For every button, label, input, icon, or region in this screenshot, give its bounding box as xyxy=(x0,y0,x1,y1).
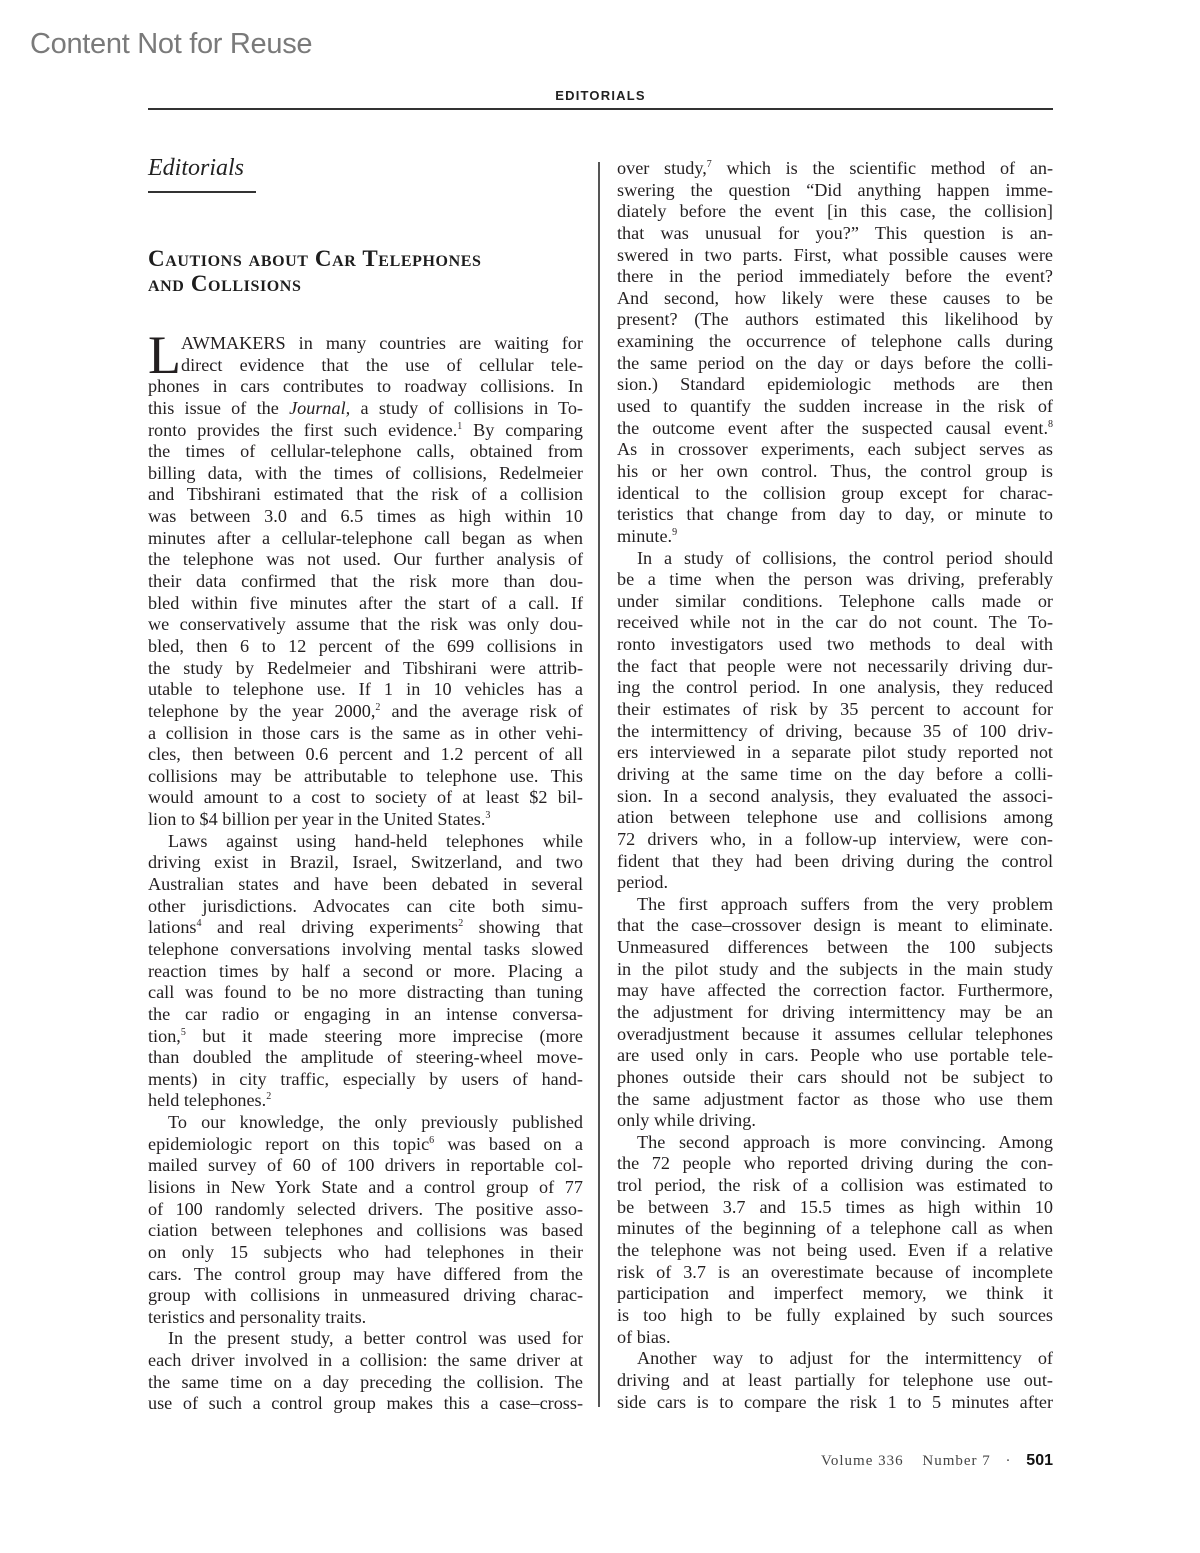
text-line: the times of cellular-telephone calls, o… xyxy=(148,441,583,463)
text-line: minute.9 xyxy=(617,526,1053,548)
text-line: mailed survey of 60 of 100 drivers in re… xyxy=(148,1155,583,1177)
text-line: diately before the event [in this case, … xyxy=(617,201,1053,223)
text-line: reaction times by half a second or more.… xyxy=(148,961,583,983)
text-line: ers interviewed in a separate pilot stud… xyxy=(617,742,1053,764)
text-line: in the pilot study and the subjects in t… xyxy=(617,959,1053,981)
text-line: the study by Redelmeier and Tibshirani w… xyxy=(148,658,583,680)
text-line: In a study of collisions, the control pe… xyxy=(617,548,1053,570)
text-line: the intermittency of driving, because 35… xyxy=(617,721,1053,743)
text-line: that the case–crossover design is meant … xyxy=(617,915,1053,937)
column-divider xyxy=(598,162,600,1407)
paragraph: over study,7 which is the scientific met… xyxy=(617,158,1053,548)
running-head: EDITORIALS xyxy=(148,88,1053,103)
text-line: of bias. xyxy=(617,1327,1053,1349)
text-line: this issue of the Journal, a study of co… xyxy=(148,398,583,420)
text-line: under similar conditions. Telephone call… xyxy=(617,591,1053,613)
text-line: would amount to a cost to society of at … xyxy=(148,787,583,809)
text-line: the telephone was not used. Our further … xyxy=(148,549,583,571)
text-line: sion. In a second analysis, they evaluat… xyxy=(617,786,1053,808)
text-line: participation and imperfect memory, we t… xyxy=(617,1283,1053,1305)
article-title: Cautions about Car Telephones and Collis… xyxy=(148,246,588,296)
text-line: telephone by the year 2000,2 and the ave… xyxy=(148,701,583,723)
text-line: To our knowledge, the only previously pu… xyxy=(148,1112,583,1134)
text-line: only while driving. xyxy=(617,1110,1053,1132)
text-line: the fact that people were not necessaril… xyxy=(617,656,1053,678)
text-line: Australian states and have been debated … xyxy=(148,874,583,896)
text-line: minutes of the beginning of a telephone … xyxy=(617,1218,1053,1240)
text-line: swered in two parts. First, what possibl… xyxy=(617,245,1053,267)
text-line: phones in cars contributes to roadway co… xyxy=(148,376,583,398)
header-rule xyxy=(148,108,1053,110)
text-line: driving and at least partially for telep… xyxy=(617,1370,1053,1392)
paragraph: Laws against using hand-held telephones … xyxy=(148,831,583,1112)
footer-separator: · xyxy=(1006,1453,1012,1469)
text-line: driving exist in Brazil, Israel, Switzer… xyxy=(148,852,583,874)
text-line: ronto provides the first such evidence.1… xyxy=(148,420,583,442)
text-line: The second approach is more convincing. … xyxy=(617,1132,1053,1154)
text-line: are used only in cars. People who use po… xyxy=(617,1045,1053,1067)
text-line: sion.) Standard epidemiologic methods ar… xyxy=(617,374,1053,396)
text-line: ronto investigators used two methods to … xyxy=(617,634,1053,656)
text-line: ciation between telephones and collision… xyxy=(148,1220,583,1242)
article-title-line-2: and Collisions xyxy=(148,271,588,296)
text-line: each driver involved in a collision: the… xyxy=(148,1350,583,1372)
text-line: Unmeasured differences between the 100 s… xyxy=(617,937,1053,959)
text-line: lisions in New York State and a control … xyxy=(148,1177,583,1199)
text-line: lion to $4 billion per year in the Unite… xyxy=(148,809,583,831)
text-line: And second, how likely were these causes… xyxy=(617,288,1053,310)
text-line: 72 drivers who, in a follow-up interview… xyxy=(617,829,1053,851)
text-line: direct evidence that the use of cellular… xyxy=(148,355,583,377)
page-number: 501 xyxy=(1026,1452,1053,1469)
text-line: phones outside their cars should not be … xyxy=(617,1067,1053,1089)
text-line: period. xyxy=(617,872,1053,894)
text-line: of 100 randomly selected drivers. The po… xyxy=(148,1199,583,1221)
text-line: identical to the collision group except … xyxy=(617,483,1053,505)
text-line: the same period on the day or days befor… xyxy=(617,353,1053,375)
paragraph: L AWMAKERS in many countries are waiting… xyxy=(148,333,583,831)
text-line: may have affected the correction factor.… xyxy=(617,980,1053,1002)
text-line: is too high to be fully explained by suc… xyxy=(617,1305,1053,1327)
text-line: The first approach suffers from the very… xyxy=(617,894,1053,916)
text-line: cles, then between 0.6 percent and 1.2 p… xyxy=(148,744,583,766)
paragraph: In the present study, a better control w… xyxy=(148,1328,583,1415)
text-line: other jurisdictions. Advocates can cite … xyxy=(148,896,583,918)
text-line: Another way to adjust for the intermitte… xyxy=(617,1348,1053,1370)
text-line: teristics and personality traits. xyxy=(148,1307,583,1329)
text-line: ments) in city traffic, especially by us… xyxy=(148,1069,583,1091)
text-line: collisions may be attributable to teleph… xyxy=(148,766,583,788)
watermark: Content Not for Reuse xyxy=(30,28,312,61)
text-line: cars. The control group may have differe… xyxy=(148,1264,583,1286)
text-line: tion,5 but it made steering more impreci… xyxy=(148,1026,583,1048)
text-line: bled, then 6 to 12 percent of the 699 co… xyxy=(148,636,583,658)
text-line: was between 3.0 and 6.5 times as high wi… xyxy=(148,506,583,528)
text-line: swering the question “Did anything happe… xyxy=(617,180,1053,202)
text-line: group with collisions in unmeasured driv… xyxy=(148,1285,583,1307)
text-line: fident that they had been driving during… xyxy=(617,851,1053,873)
text-line: billing data, with the times of collisio… xyxy=(148,463,583,485)
text-line: As in crossover experiments, each subjec… xyxy=(617,439,1053,461)
text-line: overadjustment because it assumes cellul… xyxy=(617,1024,1053,1046)
article-title-line-1: Cautions about Car Telephones xyxy=(148,246,588,271)
text-line: held telephones.2 xyxy=(148,1090,583,1112)
text-line: their estimates of risk by 35 percent to… xyxy=(617,699,1053,721)
paragraph: Another way to adjust for the intermitte… xyxy=(617,1348,1053,1413)
text-line: a collision in those cars is the same as… xyxy=(148,723,583,745)
text-line: be between 3.7 and 15.5 times as high wi… xyxy=(617,1197,1053,1219)
text-line: the outcome event after the suspected ca… xyxy=(617,418,1053,440)
text-line: the 72 people who reported driving durin… xyxy=(617,1153,1053,1175)
text-line: trol period, the risk of a collision was… xyxy=(617,1175,1053,1197)
text-line: the same adjustment factor as those who … xyxy=(617,1089,1053,1111)
text-line: use of such a control group makes this a… xyxy=(148,1393,583,1415)
text-line: the car radio or engaging in an intense … xyxy=(148,1004,583,1026)
text-line: used to quantify the sudden increase in … xyxy=(617,396,1053,418)
text-line: and Tibshirani estimated that the risk o… xyxy=(148,484,583,506)
paragraph: The first approach suffers from the very… xyxy=(617,894,1053,1132)
text-line: than doubled the amplitude of steering-w… xyxy=(148,1047,583,1069)
text-line: over study,7 which is the scientific met… xyxy=(617,158,1053,180)
text-line: we conservatively assume that the risk w… xyxy=(148,614,583,636)
right-column: over study,7 which is the scientific met… xyxy=(617,158,1053,1413)
text-line: received while not in the car do not cou… xyxy=(617,612,1053,634)
paragraph: The second approach is more convincing. … xyxy=(617,1132,1053,1348)
section-rule xyxy=(148,191,256,193)
section-label: Editorials xyxy=(148,155,244,182)
text-line: that was unusual for you?” This question… xyxy=(617,223,1053,245)
text-line: the same time on a day preceding the col… xyxy=(148,1372,583,1394)
text-line: be a time when the person was driving, p… xyxy=(617,569,1053,591)
text-line: side cars is to compare the risk 1 to 5 … xyxy=(617,1392,1053,1414)
text-line: call was found to be no more distracting… xyxy=(148,982,583,1004)
paragraph: In a study of collisions, the control pe… xyxy=(617,548,1053,894)
text-line: the adjustment for driving intermittency… xyxy=(617,1002,1053,1024)
text-line: teristics that change from day to day, o… xyxy=(617,504,1053,526)
text-line: AWMAKERS in many countries are waiting f… xyxy=(148,333,583,355)
text-line: on only 15 subjects who had telephones i… xyxy=(148,1242,583,1264)
text-line: utable to telephone use. If 1 in 10 vehi… xyxy=(148,679,583,701)
text-line: ing the control period. In one analysis,… xyxy=(617,677,1053,699)
text-line: ation between telephone use and collisio… xyxy=(617,807,1053,829)
text-line: In the present study, a better control w… xyxy=(148,1328,583,1350)
text-line: telephone conversations involving mental… xyxy=(148,939,583,961)
text-line: their data confirmed that the risk more … xyxy=(148,571,583,593)
text-line: present? (The authors estimated this lik… xyxy=(617,309,1053,331)
page-footer: Volume 336 Number 7 · 501 xyxy=(760,1452,1053,1470)
text-line: examining the occurrence of telephone ca… xyxy=(617,331,1053,353)
text-line: the telephone was not being used. Even i… xyxy=(617,1240,1053,1262)
text-line: Laws against using hand-held telephones … xyxy=(148,831,583,853)
text-line: minutes after a cellular-telephone call … xyxy=(148,528,583,550)
left-column: L AWMAKERS in many countries are waiting… xyxy=(148,333,583,1415)
text-line: risk of 3.7 is an overestimate because o… xyxy=(617,1262,1053,1284)
volume-label: Volume 336 xyxy=(821,1453,904,1469)
paragraph: To our knowledge, the only previously pu… xyxy=(148,1112,583,1328)
text-line: driving at the same time on the day befo… xyxy=(617,764,1053,786)
drop-cap: L xyxy=(148,331,181,379)
text-line: epidemiologic report on this topic6 was … xyxy=(148,1134,583,1156)
text-line: there in the period immediately before t… xyxy=(617,266,1053,288)
text-line: bled within five minutes after the start… xyxy=(148,593,583,615)
text-line: lations4 and real driving experiments2 s… xyxy=(148,917,583,939)
text-line: his or her own control. Thus, the contro… xyxy=(617,461,1053,483)
issue-number: Number 7 xyxy=(922,1453,990,1469)
